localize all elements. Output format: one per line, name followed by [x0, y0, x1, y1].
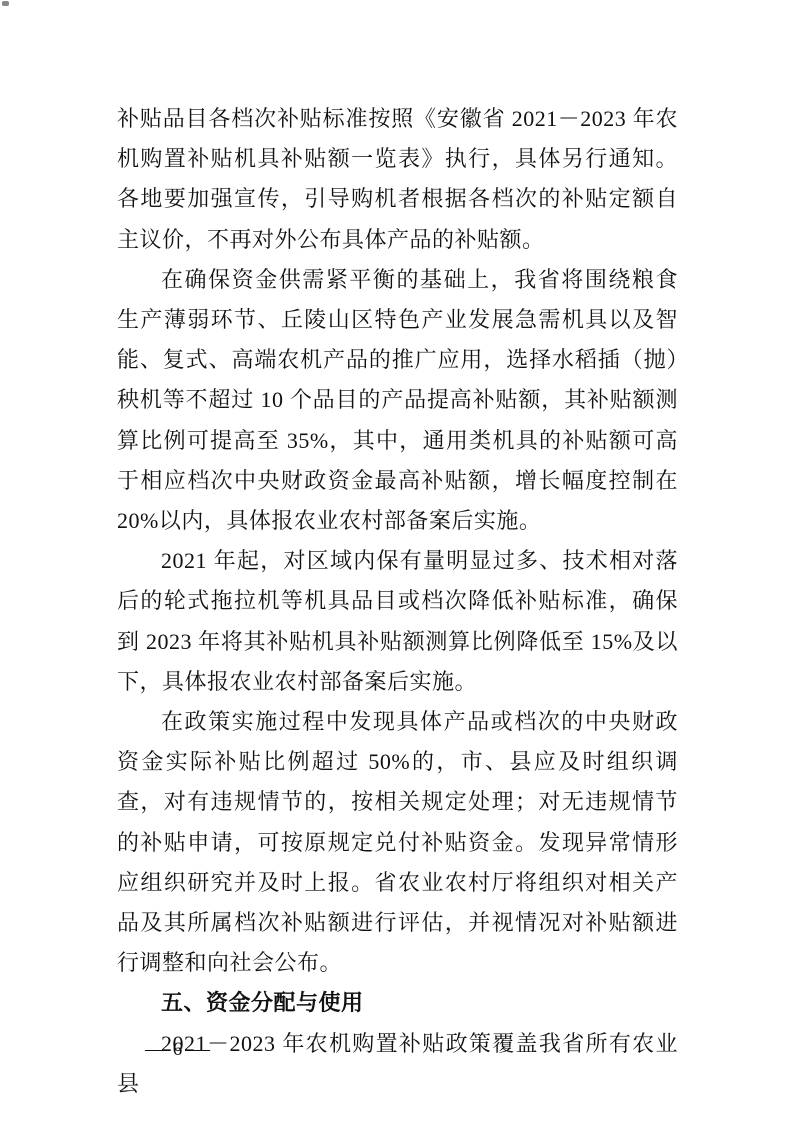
paragraph: 2021－2023 年农机购置补贴政策覆盖我省所有农业县 — [117, 1024, 678, 1104]
paragraph: 在确保资金供需紧平衡的基础上，我省将围绕粮食生产薄弱环节、丘陵山区特色产业发展急… — [117, 260, 678, 541]
paragraph: 2021 年起，对区域内保有量明显过多、技术相对落后的轮式拖拉机等机具品目或档次… — [117, 541, 678, 702]
page-number: — 6 — — [145, 1039, 212, 1061]
scan-artifact-speck — [2, 1, 9, 6]
document-page: 补贴品目各档次补贴标准按照《安徽省 2021－2023 年农机购置补贴机具补贴额… — [0, 0, 794, 1123]
paragraph: 在政策实施过程中发现具体产品或档次的中央财政资金实际补贴比例超过 50%的，市、… — [117, 702, 678, 983]
document-body: 补贴品目各档次补贴标准按照《安徽省 2021－2023 年农机购置补贴机具补贴额… — [117, 99, 678, 1104]
paragraph-continuation: 补贴品目各档次补贴标准按照《安徽省 2021－2023 年农机购置补贴机具补贴额… — [117, 99, 678, 260]
section-heading: 五、资金分配与使用 — [117, 983, 678, 1023]
